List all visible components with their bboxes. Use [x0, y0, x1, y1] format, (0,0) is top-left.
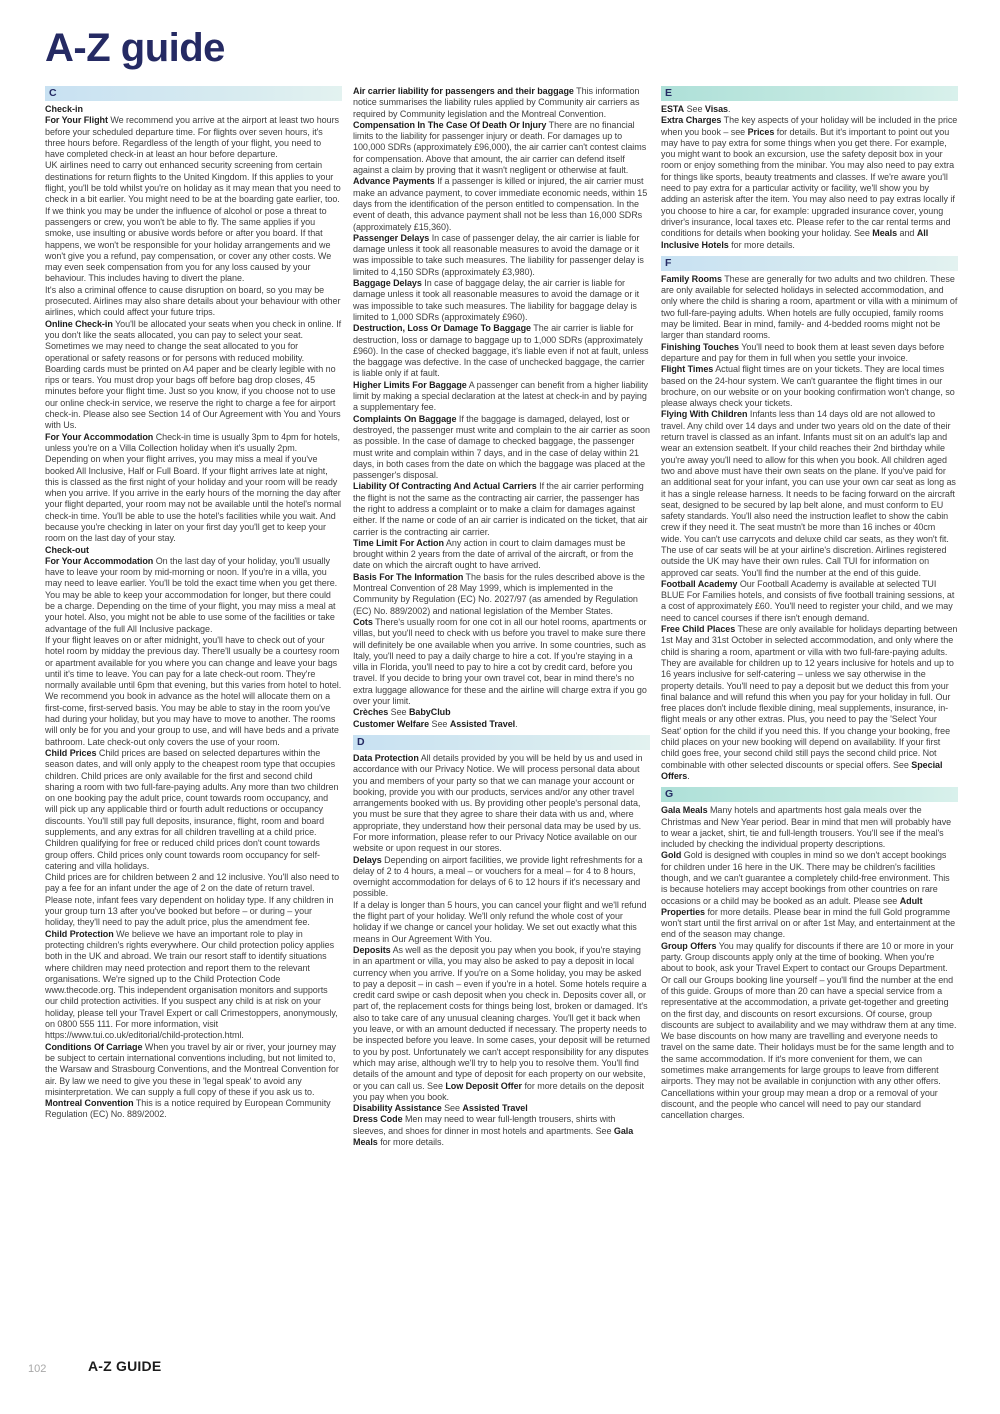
- entry-heading: Delays: [353, 855, 382, 865]
- column-2: Air carrier liability for passengers and…: [353, 86, 650, 1148]
- entry-flying-with-children: Flying With Children Infants less than 1…: [661, 409, 958, 578]
- entry-football-academy: Football Academy Our Football Academy is…: [661, 579, 958, 624]
- entry-free-child-places: Free Child Places These are only availab…: [661, 624, 958, 782]
- entry-heading: Flight Times: [661, 364, 713, 374]
- entry-heading: Extra Charges: [661, 115, 721, 125]
- entry-cr-ches: Crèches See BabyClub: [353, 707, 650, 718]
- entry-data-protection: Data Protection All details provided by …: [353, 753, 650, 855]
- entry-heading: Family Rooms: [661, 274, 722, 284]
- entry-complaints-on-baggage: Complaints On Baggage If the baggage is …: [353, 414, 650, 482]
- entry-heading: Online Check-in: [45, 319, 113, 329]
- entry-air-carrier-liability-for-passengers-and-their-baggage: Air carrier liability for passengers and…: [353, 86, 650, 120]
- paragraph: If your flight leaves on or after midnig…: [45, 635, 342, 748]
- cross-reference: Gala Meals: [353, 1126, 633, 1147]
- entry-basis-for-the-information: Basis For The Information The basis for …: [353, 572, 650, 617]
- entry-for-your-flight: For Your Flight We recommend you arrive …: [45, 115, 342, 160]
- cross-reference: Assisted Travel: [450, 719, 515, 729]
- entry-heading: Conditions Of Carriage: [45, 1042, 142, 1052]
- column-1: CCheck-inFor Your Flight We recommend yo…: [45, 86, 342, 1121]
- entry-disability-assistance: Disability Assistance See Assisted Trave…: [353, 1103, 650, 1114]
- entry-heading: Football Academy: [661, 579, 737, 589]
- entry-heading: Higher Limits For Baggage: [353, 380, 467, 390]
- section-letter: G: [665, 788, 673, 800]
- entry-heading: Advance Payments: [353, 176, 435, 186]
- entry-dress-code: Dress Code Men may need to wear full-len…: [353, 1114, 650, 1148]
- entry-heading: For Your Accommodation: [45, 556, 153, 566]
- cross-reference: Meals: [872, 228, 897, 238]
- entry-heading: Gala Meals: [661, 805, 708, 815]
- entry-for-your-accommodation: For Your Accommodation Check-in time is …: [45, 432, 342, 545]
- subheading-check-in: Check-in: [45, 104, 342, 115]
- column-3: EESTA See Visas.Extra Charges The key as…: [661, 86, 958, 1122]
- entry-conditions-of-carriage: Conditions Of Carriage When you travel b…: [45, 1042, 342, 1098]
- entry-heading: Destruction, Loss Or Damage To Baggage: [353, 323, 531, 333]
- section-letter-banner-f: F: [661, 256, 958, 271]
- subheading-check-out: Check-out: [45, 545, 342, 556]
- entry-family-rooms: Family Rooms These are generally for two…: [661, 274, 958, 342]
- entry-heading: Baggage Delays: [353, 278, 422, 288]
- section-letter-banner-d: D: [353, 735, 650, 750]
- entry-heading: For Your Accommodation: [45, 432, 153, 442]
- entry-extra-charges: Extra Charges The key aspects of your ho…: [661, 115, 958, 251]
- entry-child-protection: Child Protection We believe we have an i…: [45, 929, 342, 1042]
- section-letter: E: [665, 87, 672, 99]
- entry-online-check-in: Online Check-in You'll be allocated your…: [45, 319, 342, 432]
- section-letter: C: [49, 87, 57, 99]
- entry-group-offers: Group Offers You may qualify for discoun…: [661, 941, 958, 1122]
- entry-heading: Data Protection: [353, 753, 419, 763]
- entry-for-your-accommodation: For Your Accommodation On the last day o…: [45, 556, 342, 635]
- entry-heading: Montreal Convention: [45, 1098, 134, 1108]
- entry-heading: Dress Code: [353, 1114, 403, 1124]
- entry-heading: For Your Flight: [45, 115, 108, 125]
- section-letter-banner-c: C: [45, 86, 342, 101]
- entry-heading: Air carrier liability for passengers and…: [353, 86, 574, 96]
- entry-heading: Disability Assistance: [353, 1103, 442, 1113]
- paragraph: If we think you may be under the influen…: [45, 206, 342, 285]
- entry-heading: Time Limit For Action: [353, 538, 444, 548]
- brochure-page: A-Z guide CCheck-inFor Your Flight We re…: [0, 0, 1000, 1414]
- entry-time-limit-for-action: Time Limit For Action Any action in cour…: [353, 538, 650, 572]
- entry-heading: Gold: [661, 850, 681, 860]
- entry-liability-of-contracting-and-actual-carriers: Liability Of Contracting And Actual Carr…: [353, 481, 650, 537]
- cross-reference: Prices: [748, 127, 775, 137]
- entry-heading: Deposits: [353, 945, 391, 955]
- entry-gala-meals: Gala Meals Many hotels and apartments ho…: [661, 805, 958, 850]
- entry-heading: Cots: [353, 617, 373, 627]
- entry-finishing-touches: Finishing Touches You'll need to book th…: [661, 342, 958, 365]
- entry-delays: Delays Depending on airport facilities, …: [353, 855, 650, 900]
- entry-heading: Basis For The Information: [353, 572, 463, 582]
- entry-gold: Gold Gold is designed with couples in mi…: [661, 850, 958, 940]
- text-columns: CCheck-inFor Your Flight We recommend yo…: [45, 86, 957, 1148]
- entry-passenger-delays: Passenger Delays In case of passenger de…: [353, 233, 650, 278]
- cross-reference: Visas: [705, 104, 728, 114]
- page-number: 102: [28, 1363, 46, 1375]
- entry-customer-welfare: Customer Welfare See Assisted Travel.: [353, 719, 650, 730]
- entry-heading: Liability Of Contracting And Actual Carr…: [353, 481, 537, 491]
- entry-heading: Crèches: [353, 707, 388, 717]
- section-letter: F: [665, 257, 671, 269]
- entry-flight-times: Flight Times Actual flight times are on …: [661, 364, 958, 409]
- cross-reference: BabyClub: [409, 707, 451, 717]
- entry-higher-limits-for-baggage: Higher Limits For Baggage A passenger ca…: [353, 380, 650, 414]
- entry-heading: ESTA: [661, 104, 684, 114]
- entry-heading: Child Protection: [45, 929, 114, 939]
- entry-heading: Free Child Places: [661, 624, 735, 634]
- paragraph: Child prices are for children between 2 …: [45, 872, 342, 928]
- entry-compensation-in-the-case-of-death-or-injury: Compensation In The Case Of Death Or Inj…: [353, 120, 650, 176]
- section-letter-banner-e: E: [661, 86, 958, 101]
- footer-section-label: A-Z GUIDE: [88, 1358, 161, 1374]
- entry-heading: Complaints On Baggage: [353, 414, 456, 424]
- entry-montreal-convention: Montreal Convention This is a notice req…: [45, 1098, 342, 1121]
- paragraph: It's also a criminal offence to cause di…: [45, 285, 342, 319]
- entry-esta: ESTA See Visas.: [661, 104, 958, 115]
- entry-heading: Child Prices: [45, 748, 96, 758]
- entry-heading: Compensation In The Case Of Death Or Inj…: [353, 120, 546, 130]
- entry-heading: Passenger Delays: [353, 233, 429, 243]
- entry-baggage-delays: Baggage Delays In case of baggage delay,…: [353, 278, 650, 323]
- cross-reference: Special Offers: [661, 760, 942, 781]
- entry-heading: Customer Welfare: [353, 719, 429, 729]
- cross-reference: Assisted Travel: [462, 1103, 527, 1113]
- section-letter-banner-g: G: [661, 787, 958, 802]
- cross-reference: Low Deposit Offer: [445, 1081, 522, 1091]
- entry-heading: Finishing Touches: [661, 342, 739, 352]
- entry-advance-payments: Advance Payments If a passenger is kille…: [353, 176, 650, 232]
- cross-reference: Adult Properties: [661, 896, 922, 917]
- entry-child-prices: Child Prices Child prices are based on s…: [45, 748, 342, 872]
- entry-heading: Group Offers: [661, 941, 716, 951]
- entry-heading: Flying With Children: [661, 409, 747, 419]
- entry-deposits: Deposits As well as the deposit you pay …: [353, 945, 650, 1103]
- section-letter: D: [357, 736, 365, 748]
- paragraph: UK airlines need to carry out enhanced s…: [45, 160, 342, 205]
- paragraph: If a delay is longer than 5 hours, you c…: [353, 900, 650, 945]
- entry-cots: Cots There's usually room for one cot in…: [353, 617, 650, 707]
- entry-destruction-loss-or-damage-to-baggage: Destruction, Loss Or Damage To Baggage T…: [353, 323, 650, 379]
- page-title: A-Z guide: [45, 26, 225, 71]
